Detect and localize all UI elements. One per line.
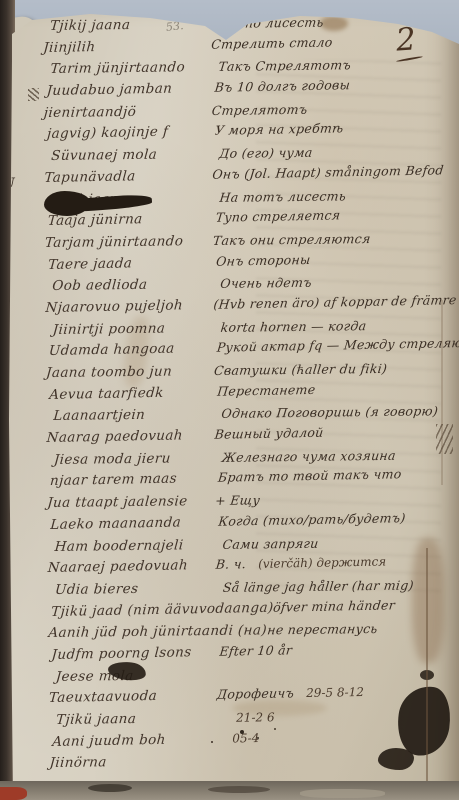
translation-text: В. ч.	[215, 554, 247, 575]
native-word: Jiinörna	[49, 751, 218, 773]
native-word: Udamda hangoaa	[48, 338, 217, 361]
native-word: Tarjam jünirtaando	[44, 231, 213, 253]
native-word: Udia bieres	[54, 578, 223, 600]
native-word: Süvunaej mola	[50, 144, 219, 166]
native-word: Naaraej paedovuah	[47, 555, 216, 578]
margin-scribble	[436, 424, 453, 454]
native-word: Tapunävadla	[44, 165, 213, 188]
translation-text: Дорофеичъ	[216, 684, 295, 706]
translation-text: Онъ стороны	[215, 249, 311, 271]
translation-text: До (его) чума	[218, 143, 314, 164]
native-word: Tarim jünjirtaando	[50, 57, 219, 79]
translation-text: Тупо стреляется	[215, 206, 342, 228]
native-word: Laanaartjein	[53, 404, 222, 426]
numeric-note: 21-2 6	[236, 707, 275, 727]
ink-spatter	[240, 730, 244, 734]
native-word: Jiesa moda jieru	[53, 448, 222, 470]
native-word: Tjikü jaana	[55, 708, 224, 730]
surface-below-page	[0, 781, 459, 800]
native-word: Laeko maanaanda	[50, 512, 219, 535]
native-word: jagvig) kaojinje f	[46, 121, 215, 144]
native-word: Naarag paedovuah	[46, 425, 215, 448]
native-word: Oob aedlioda	[52, 274, 221, 296]
native-word: Jaana toombo jun	[45, 361, 214, 383]
native-word: jienirtaandjö	[43, 101, 212, 123]
red-object-edge	[0, 787, 27, 800]
native-word: Jiinjilih	[43, 34, 212, 57]
page-edge-highlight	[300, 789, 385, 798]
native-word: njaar tarem maas	[49, 468, 218, 491]
translation-text: У моря на хребтѣ	[214, 119, 345, 142]
translation-text: Вешный удалой	[214, 423, 325, 445]
native-word: Aanih jüd poh jünirtaandi (на)	[48, 621, 268, 644]
manuscript-page: 53. 2 181 Tjikij jaana На то лисесть Jii…	[0, 0, 459, 800]
native-word: Ham boodernajeli	[54, 534, 223, 556]
translation-text: öfver mina händer	[273, 595, 397, 617]
page-crease-line	[441, 300, 443, 485]
native-word: Jiinirtji poomna	[52, 318, 221, 340]
numeric-note: (vierčäh) держится	[258, 552, 386, 574]
translation-text: Онъ (Jol. Haapt) småningom Befod	[211, 160, 444, 184]
translation-text: не перестанусь	[266, 619, 378, 640]
translation-text: korta hornen — когда	[220, 316, 368, 338]
translation-text: Efter 10 år	[219, 640, 294, 661]
translation-text: Очень ндетъ	[219, 273, 313, 294]
native-word: Juudabuo jamban	[46, 78, 215, 101]
native-word: Taere jaada	[47, 251, 216, 274]
translation-text: Братъ то твой такъ что	[217, 465, 403, 489]
translation-text: Въ 10 долгъ годовы	[214, 75, 352, 98]
manuscript-lines: Tjikij jaana На то лисесть Jiinjilih Стр…	[46, 12, 459, 775]
native-word: Aevua taarfiedk	[49, 381, 218, 404]
translation-text: Сватушки (ћaller du fiki)	[213, 359, 388, 381]
ink-blot	[378, 748, 414, 770]
native-word: Taeuxtaavuoda	[48, 685, 217, 708]
native-word: Tjikü jaad (nim äävuvodaanga)	[51, 597, 275, 621]
translation-text: Перестанете	[216, 380, 316, 402]
translation-text: Så länge jag håller (har mig)	[222, 575, 415, 597]
numeric-note: 05-4	[232, 728, 259, 749]
shadow-blob	[208, 786, 270, 793]
shadow-blob	[88, 784, 132, 792]
translation-text: Когда (тихо/рать/будетъ)	[217, 508, 406, 532]
translation-text: Такъ они стреляются	[212, 229, 372, 251]
translation-text: + Ещу	[214, 491, 261, 512]
translation-text: Рукой актар fq — Между стреляющимися	[216, 332, 459, 358]
native-word: Aani juudm boh	[52, 728, 221, 751]
native-word: Judfm poorng lsons	[51, 642, 220, 665]
translation-text: (Hvb renen äro) af koppar de främre	[212, 290, 457, 315]
translation-text: Стрелятотъ	[211, 100, 309, 121]
native-word: Njaarovuo pujeljoh	[45, 295, 214, 318]
page-crease-line	[426, 548, 428, 786]
numeric-note: 29-5 8-12	[306, 682, 364, 703]
translation-text: Сами запряги	[222, 533, 320, 554]
photo: 53. 2 181 Tjikij jaana На то лисесть Jii…	[0, 0, 459, 800]
translation-text: Такъ Стрелятотъ	[217, 56, 352, 78]
native-word: Jua ttaapt jaalensie	[46, 491, 215, 513]
margin-scribble	[28, 88, 39, 101]
translation-text: На тотъ лисесть	[218, 186, 347, 208]
